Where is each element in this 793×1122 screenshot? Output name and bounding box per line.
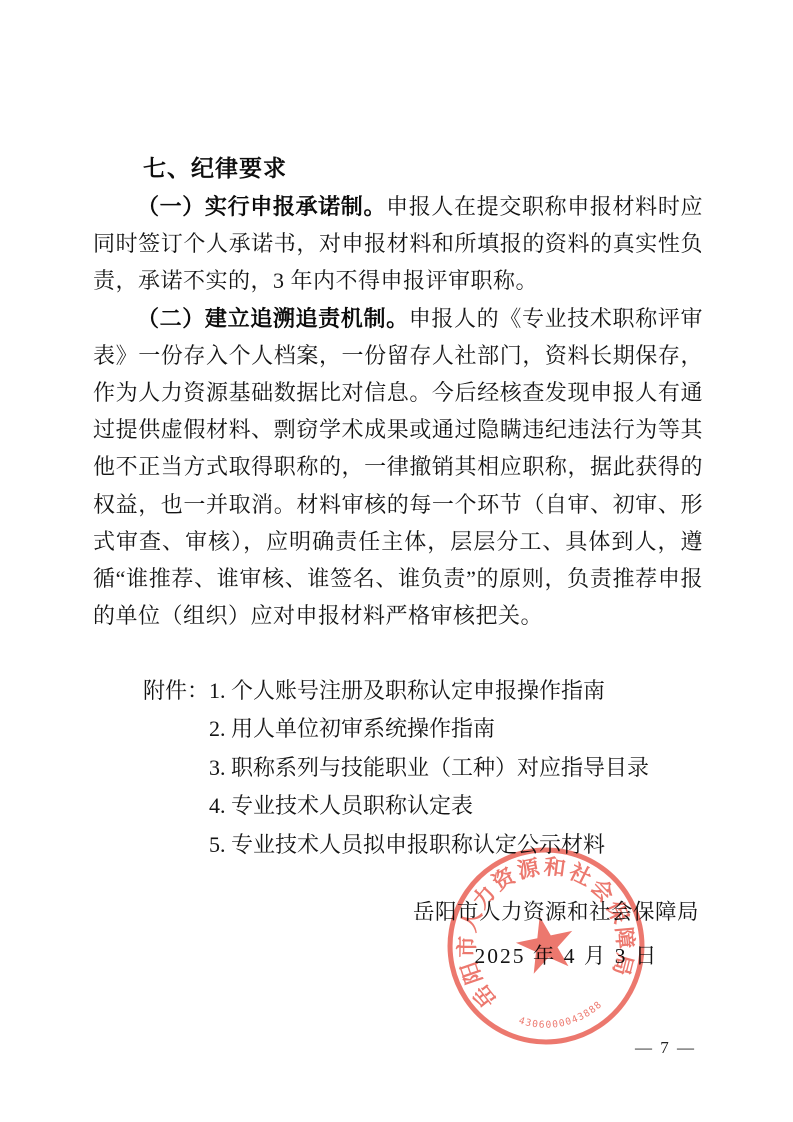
paragraph-discipline-1: （一）实行申报承诺制。申报人在提交职称申报材料时应同时签订个人承诺书，对申报材料… [93,188,703,300]
page-number: — 7 — [635,1038,696,1058]
attachments-block: 附件： 1. 个人账号注册及职称认定申报操作指南 2. 用人单位初审系统操作指南… [143,672,649,864]
document-page: 七、纪律要求 （一）实行申报承诺制。申报人在提交职称申报材料时应同时签订个人承诺… [0,0,793,1122]
paragraph-1-lead: （一）实行申报承诺制。 [137,194,386,219]
body-paragraphs: （一）实行申报承诺制。申报人在提交职称申报材料时应同时签订个人承诺书，对申报材料… [93,188,703,634]
signature-block: 岳阳市人力资源和社会保障局 2025 年 4 月 3 日 [413,895,698,970]
attachments-list: 1. 个人账号注册及职称认定申报操作指南 2. 用人单位初审系统操作指南 3. … [209,672,649,864]
attachment-item-5: 5. 专业技术人员拟申报职称认定公示材料 [209,826,649,864]
paragraph-2-body: 申报人的《专业技术职称评审表》一份存入个人档案，一份留存人社部门，资料长期保存，… [93,306,703,629]
attachment-item-1: 1. 个人账号注册及职称认定申报操作指南 [209,672,649,710]
attachment-item-4: 4. 专业技术人员职称认定表 [209,787,649,825]
attachments-label: 附件： [143,672,209,864]
issue-date: 2025 年 4 月 3 日 [413,939,698,970]
paragraph-discipline-2: （二）建立追溯追责机制。申报人的《专业技术职称评审表》一份存入个人档案，一份留存… [93,300,703,635]
paragraph-2-lead: （二）建立追溯追责机制。 [137,306,409,331]
seal-serial-number: 4306000043888 [515,998,607,1038]
section-title: 七、纪律要求 [143,150,287,183]
issuer-name: 岳阳市人力资源和社会保障局 [413,895,698,926]
attachment-item-3: 3. 职称系列与技能职业（工种）对应指导目录 [209,749,649,787]
attachment-item-2: 2. 用人单位初审系统操作指南 [209,710,649,748]
